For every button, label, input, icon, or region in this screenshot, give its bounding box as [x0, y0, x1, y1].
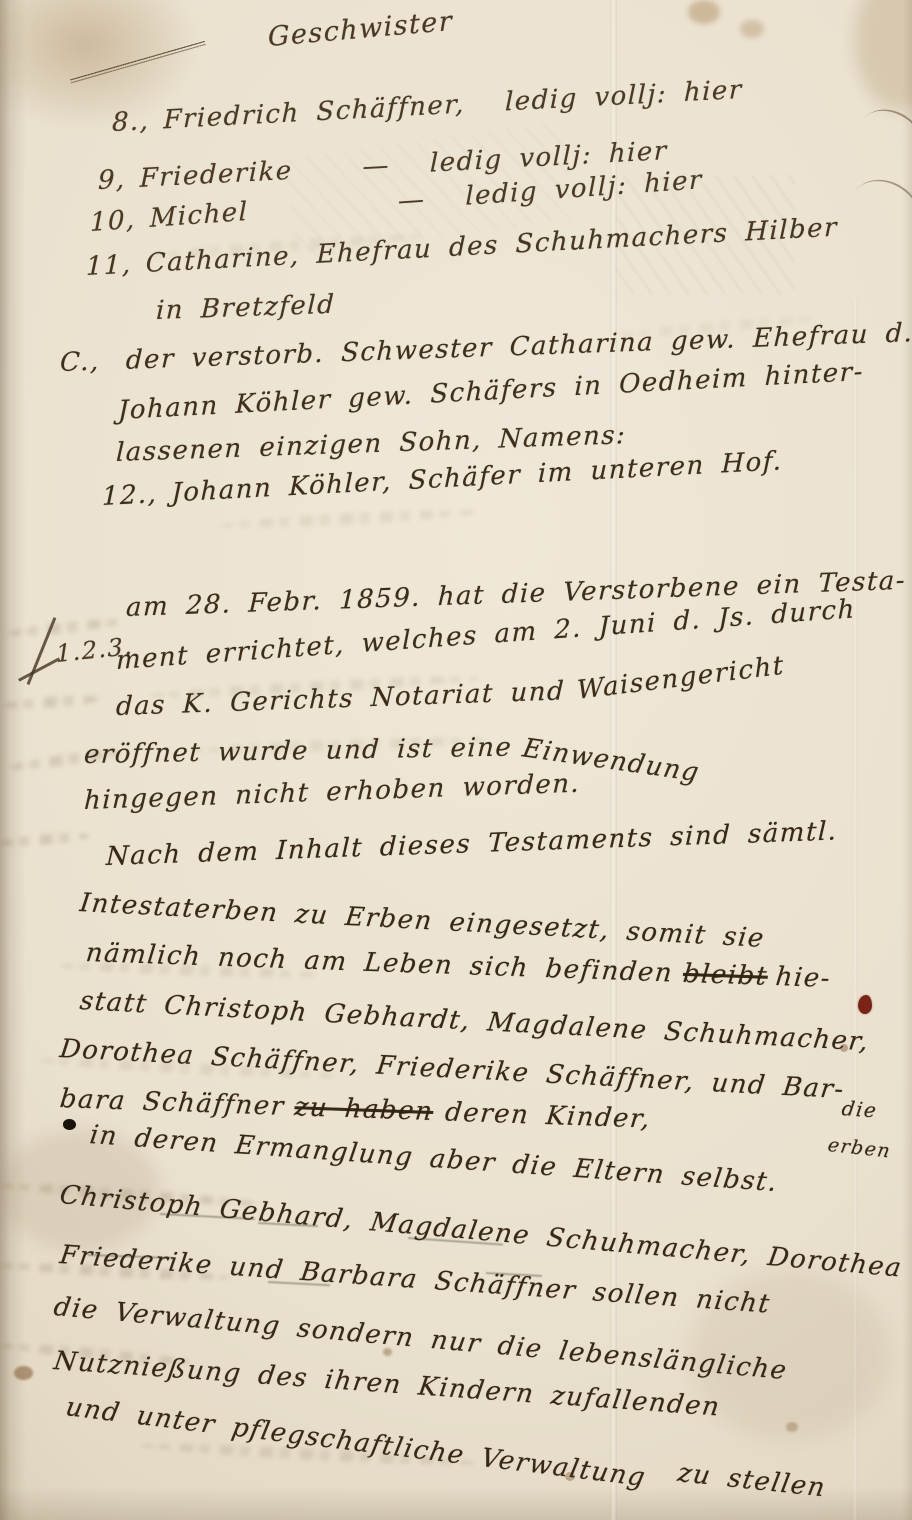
paragraph-text: in deren Ermanglung aber die Eltern selb…	[88, 1120, 780, 1198]
margin-bracket-stroke	[18, 657, 60, 681]
entry-number: 8.,	[112, 106, 150, 138]
continuation-text: in Bretzfeld	[155, 290, 335, 326]
right-edge-shadow	[902, 0, 912, 1520]
interlinear-word-erben: erben	[826, 1134, 893, 1162]
paragraph-text: das K. Gerichts Notariat und	[115, 676, 565, 722]
struck-word: bleibt	[681, 959, 769, 992]
entry-name: Friederike	[139, 156, 292, 194]
entry-number: 10,	[90, 205, 136, 238]
vertical-fold-crease-right	[852, 300, 858, 1520]
paper-speck	[14, 1366, 33, 1380]
entry-8-line: 8.,Friedrich Schäffner,ledig vollj: hier	[112, 75, 743, 138]
paragraph-text: eröffnet wurde und ist eine	[83, 733, 513, 771]
entry-number: 11,	[86, 250, 132, 282]
paper-stain	[855, 0, 912, 110]
ditto-dash: —	[362, 151, 390, 183]
bleedthrough-mark	[220, 506, 480, 531]
paragraph-text: hingegen nicht erhoben worden.	[83, 769, 580, 816]
ink-blot-dot	[63, 1119, 76, 1130]
edge-writing-fragment	[846, 97, 912, 184]
paragraph1-line-4: eröffnet wurde und ist eineEinwendung	[83, 729, 703, 770]
paragraph2-line-13: zu stellen	[675, 1458, 828, 1503]
bleedthrough-mark	[0, 830, 90, 849]
heading-text: Geschwister	[268, 6, 454, 53]
section-label: C.,	[59, 347, 100, 378]
entry-status: ledig vollj: hier	[505, 75, 743, 118]
paper-stain	[688, 0, 720, 24]
page-heading: Geschwister	[268, 6, 454, 53]
entry-11-continuation: in Bretzfeld	[155, 290, 335, 326]
paragraph2-line-1: Nach dem Inhalt dieses Testaments sind s…	[105, 816, 838, 872]
pen-slash-mark	[70, 39, 207, 85]
interlinear-word-die: die	[840, 1096, 879, 1122]
paragraph-text: zu stellen	[675, 1458, 828, 1503]
paragraph2-line-7: in deren Ermanglung aber die Eltern selb…	[88, 1120, 780, 1198]
paragraph-text-risen: Waisengericht	[577, 651, 786, 706]
paragraph-text: die	[840, 1096, 879, 1122]
paragraph-text: deren Kinder,	[444, 1097, 653, 1134]
struck-word: zu haben	[293, 1092, 435, 1127]
ditto-dash: —	[398, 185, 425, 217]
entry-number: 9,	[98, 165, 126, 197]
entry-name: Friedrich Schäffner,	[163, 89, 465, 135]
red-wax-dot	[858, 995, 872, 1014]
paragraph-text: bara Schäffner	[58, 1084, 286, 1122]
bleedthrough-mark	[4, 693, 105, 711]
manuscript-page: Geschwister 8.,Friedrich Schäffner,ledig…	[0, 0, 912, 1520]
paragraph1-line-5: hingegen nicht erhoben worden.	[83, 769, 580, 816]
paper-stain	[740, 20, 764, 38]
paragraph-text: nämlich noch am Leben sich befinden	[84, 938, 674, 988]
paragraph-text: Nach dem Inhalt dieses Testaments sind s…	[105, 816, 838, 872]
paragraph-text: hie-	[774, 962, 832, 994]
entry-number: 12.,	[102, 479, 158, 512]
edge-writing-fragment	[837, 166, 912, 259]
paper-speck	[786, 1422, 798, 1432]
entry-name: Michel	[150, 197, 249, 234]
paragraph-text: erben	[826, 1134, 893, 1162]
left-edge-shadow	[0, 0, 26, 1520]
